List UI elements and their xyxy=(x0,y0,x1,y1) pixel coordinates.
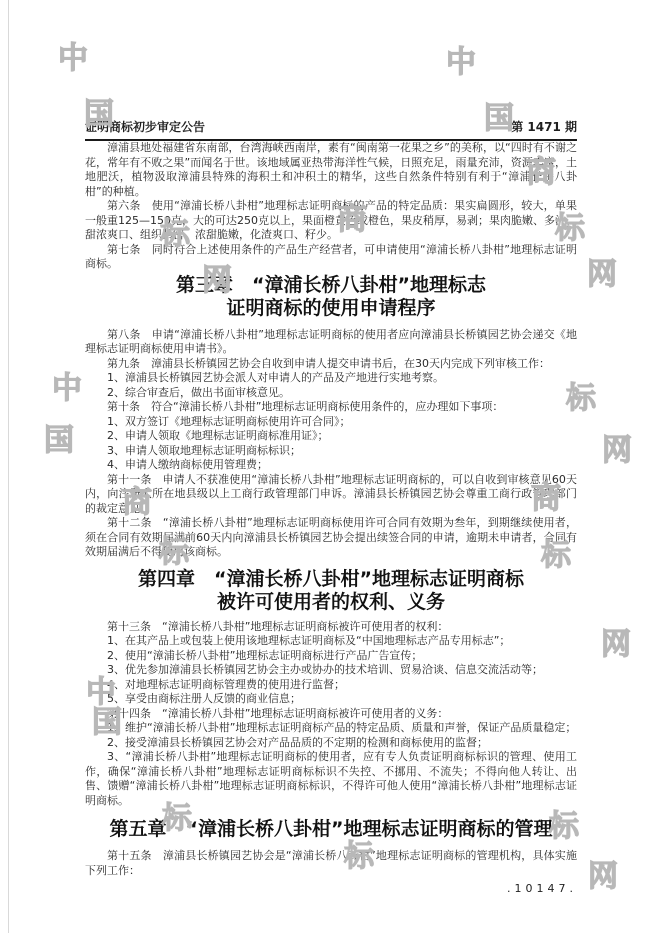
article-14: 第十四条 “漳浦长桥八卦柑”地理标志证明商标被许可使用者的义务： xyxy=(85,707,577,722)
issue-number: 第 1471 期 xyxy=(511,118,577,135)
list-item: 1、漳浦县长桥镇园艺协会派人对申请人的产品及产地进行实地考察。 xyxy=(85,371,577,386)
chapter4-line2: 被许可使用者的权利、义务 xyxy=(217,591,445,613)
list-item: 2、使用“漳浦长桥八卦柑”地理标志证明商标进行产品广告宣传； xyxy=(85,649,577,664)
watermark-char: 网 xyxy=(601,630,631,660)
article-10: 第十条 符合“漳浦长桥八卦柑”地理标志证明商标使用条件的，应办理如下事项： xyxy=(85,400,577,415)
chapter4-heading: 第四章 “漳浦长桥八卦柑”地理标志证明商标 被许可使用者的权利、义务 xyxy=(85,568,577,614)
chapter5-line1: 第五章 “漳浦长桥八卦柑”地理标志证明商标的管理 xyxy=(110,818,553,840)
chapter3-heading: 第三章 “漳浦长桥八卦柑”地理标志 证明商标的使用申请程序 xyxy=(85,274,577,320)
page-header: 证明商标初步审定公告 第 1471 期 xyxy=(85,118,577,141)
document-body: 漳浦县地处福建省东南部，台湾海峡西南岸，素有“闽南第一花果之乡”的美称，以“四时… xyxy=(85,141,577,897)
watermark-char: 网 xyxy=(587,260,617,290)
list-item: 1、在其产品上或包装上使用该地理标志证明商标及“中国地理标志产品专用标志”； xyxy=(85,634,577,649)
watermark-char: 网 xyxy=(588,862,618,892)
list-item: 4、申请人缴纳商标使用管理费； xyxy=(85,458,577,473)
watermark-char: 国 xyxy=(44,426,74,456)
list-item: 3、优先参加漳浦县长桥镇园艺协会主办或协办的技术培训、贸易洽谈、信息交流活动等； xyxy=(85,663,577,678)
intro-paragraph: 漳浦县地处福建省东南部，台湾海峡西南岸，素有“闽南第一花果之乡”的美称，以“四时… xyxy=(85,141,577,199)
watermark-char: 中 xyxy=(58,44,88,74)
list-item: 2、申请人领取《地理标志证明商标准用证》； xyxy=(85,429,577,444)
chapter3-line2: 证明商标的使用申请程序 xyxy=(226,297,435,319)
list-item: 2、综合审查后，做出书面审核意见。 xyxy=(85,386,577,401)
list-item: 4、对地理标志证明商标管理费的使用进行监督； xyxy=(85,678,577,693)
list-item: 2、接受漳浦县长桥镇园艺协会对产品品质的不定期的检测和商标使用的监督； xyxy=(85,736,577,751)
article-12: 第十二条 “漳浦长桥八卦柑”地理标志证明商标使用许可合同有效期为叁年，到期继续使… xyxy=(85,516,577,560)
article-15: 第十五条 漳浦县长桥镇园艺协会是“漳浦长桥八卦柑”地理标志证明商标的管理机构，具… xyxy=(85,849,577,878)
document-page: 中 国 标 网 中 国 商 标 网 商 中 国 商 标 商 标 标 网 网 中 … xyxy=(0,0,660,933)
article-7: 第七条 同时符合上述使用条件的产品生产经营者，可申请使用“漳浦长桥八卦柑”地理标… xyxy=(85,243,577,272)
chapter5-heading: 第五章 “漳浦长桥八卦柑”地理标志证明商标的管理 xyxy=(85,818,577,841)
list-item: 1、双方签订《地理标志证明商标使用许可合同》； xyxy=(85,415,577,430)
article-8: 第八条 申请“漳浦长桥八卦柑”地理标志证明商标的使用者应向漳浦县长桥镇园艺协会递… xyxy=(85,328,577,357)
list-item: 3、申请人领取地理标志证明商标标识； xyxy=(85,444,577,459)
watermark-char: 中 xyxy=(52,374,82,404)
chapter4-line1: 第四章 “漳浦长桥八卦柑”地理标志证明商标 xyxy=(138,568,524,590)
list-item: 5、享受由商标注册人反馈的商业信息； xyxy=(85,692,577,707)
list-item: 3、“漳浦长桥八卦柑”地理标志证明商标的使用者，应有专人负责证明商标标识的管理、… xyxy=(85,750,577,808)
page-number: .10147. xyxy=(85,882,577,897)
chapter3-line1: 第三章 “漳浦长桥八卦柑”地理标志 xyxy=(176,274,486,296)
header-title: 证明商标初步审定公告 xyxy=(85,118,205,135)
article-9: 第九条 漳浦县长桥镇园艺协会自收到申请人提交申请书后，在30天内完成下列审核工作… xyxy=(85,357,577,372)
watermark-char: 中 xyxy=(446,48,476,78)
page-content: 证明商标初步审定公告 第 1471 期 漳浦县地处福建省东南部，台湾海峡西南岸，… xyxy=(85,118,577,897)
page-edge-line xyxy=(8,0,9,933)
article-13: 第十三条 “漳浦长桥八卦柑”地理标志证明商标被许可使用者的权利： xyxy=(85,620,577,635)
list-item: 1、维护“漳浦长桥八卦柑”地理标志证明商标产品的特定品质、质量和声誉，保证产品质… xyxy=(85,721,577,736)
article-6: 第六条 使用“漳浦长桥八卦柑”地理标志证明商标的产品的特定品质：果实扁圆形，较大… xyxy=(85,199,577,243)
article-11: 第十一条 申请人不获准使用“漳浦长桥八卦柑”地理标志证明商标的，可以自收到审核意… xyxy=(85,473,577,517)
watermark-char: 网 xyxy=(602,436,632,466)
